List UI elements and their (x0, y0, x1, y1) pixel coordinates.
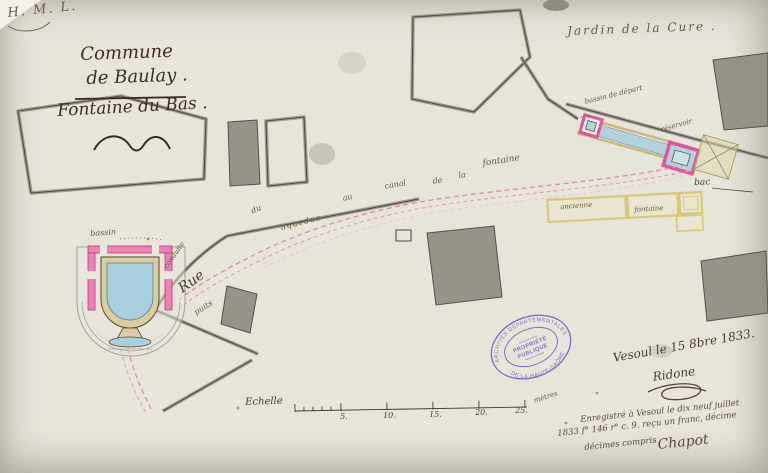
aqueduct-channel (577, 115, 738, 179)
conduit-word-la: la (458, 171, 466, 180)
scale-tick-15: 15. (429, 411, 442, 419)
scale-tick-5: 5. (340, 413, 348, 421)
title-commune-name: de Baulay . (86, 66, 188, 88)
scale-label: Echelle (245, 397, 283, 408)
scale-bar (295, 400, 527, 412)
signature-paraph (648, 384, 706, 400)
conduit-word-de: de (432, 176, 443, 185)
scale-tick-10: 10. (383, 412, 396, 420)
fountain-base-trough (109, 337, 151, 347)
title-commune: Commune (80, 43, 173, 64)
old-fountain-outline (547, 192, 703, 238)
archive-stamp: ARCHIVES DÉPARTEMENTALES DE LA HAUTE-SAÔ… (482, 304, 581, 392)
plan-sheet: ARCHIVES DÉPARTEMENTALES DE LA HAUTE-SAÔ… (0, 0, 768, 473)
scale-tick-25: 25. (515, 407, 528, 415)
label-bac: bac (694, 178, 710, 188)
fountain-basin-water (107, 263, 153, 320)
scale-tick-20: 20. (475, 409, 488, 417)
departure-basin-box (580, 115, 602, 137)
